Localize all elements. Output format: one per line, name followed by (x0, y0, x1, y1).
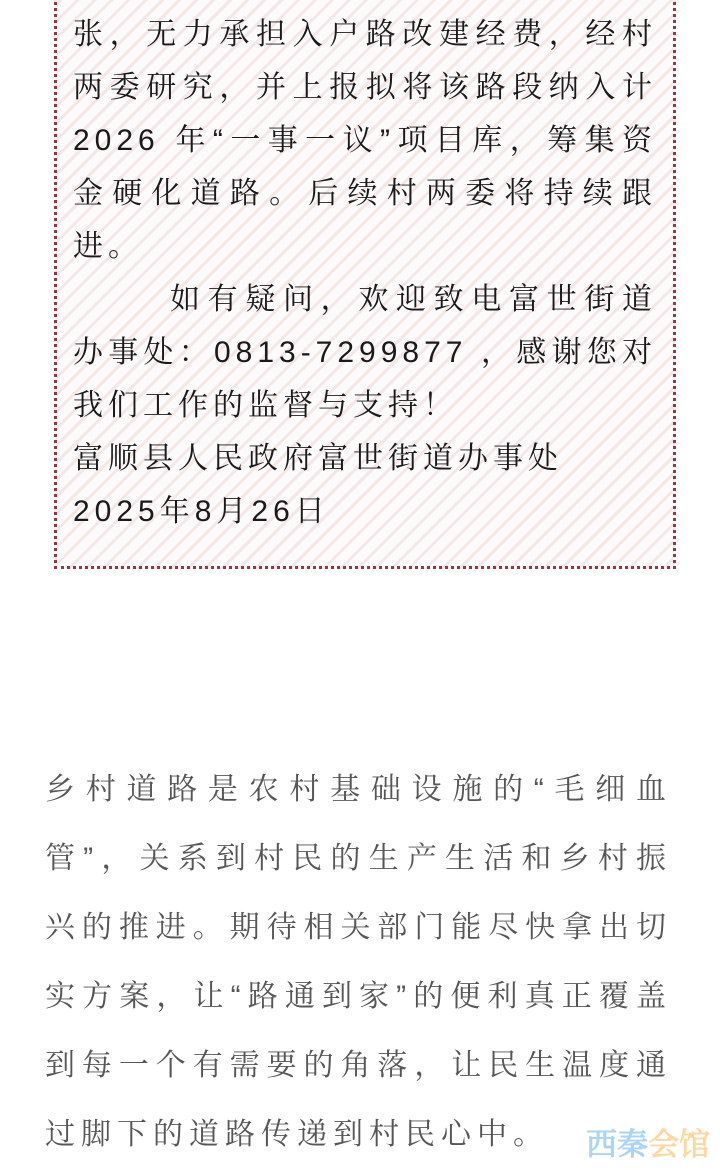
notice-date: 2025年8月26日 (73, 485, 657, 538)
notice-signature: 富顺县人民政府富世街道办事处 (73, 432, 657, 485)
editor-commentary-paragraph: 乡村道路是农村基础设施的“毛细血管”，关系到村民的生产生活和乡村振兴的推进。期待… (45, 755, 672, 1169)
official-reply-notice-box: 因目前村级公共运行维护资金紧张，无力承担入户路改建经费，经村两委研究，并上报拟将… (54, 0, 676, 569)
site-watermark: 西秦会馆 (586, 1119, 710, 1164)
watermark-part-huiguan: 会馆 (648, 1127, 710, 1162)
notice-paragraph-contact: 如有疑问，欢迎致电富世街道办事处：0813-7299877 ，感谢您对我们工作的… (73, 273, 657, 432)
notice-paragraph-funding: 因目前村级公共运行维护资金紧张，无力承担入户路改建经费，经村两委研究，并上报拟将… (73, 0, 657, 273)
watermark-part-xiqin: 西秦 (586, 1127, 648, 1162)
